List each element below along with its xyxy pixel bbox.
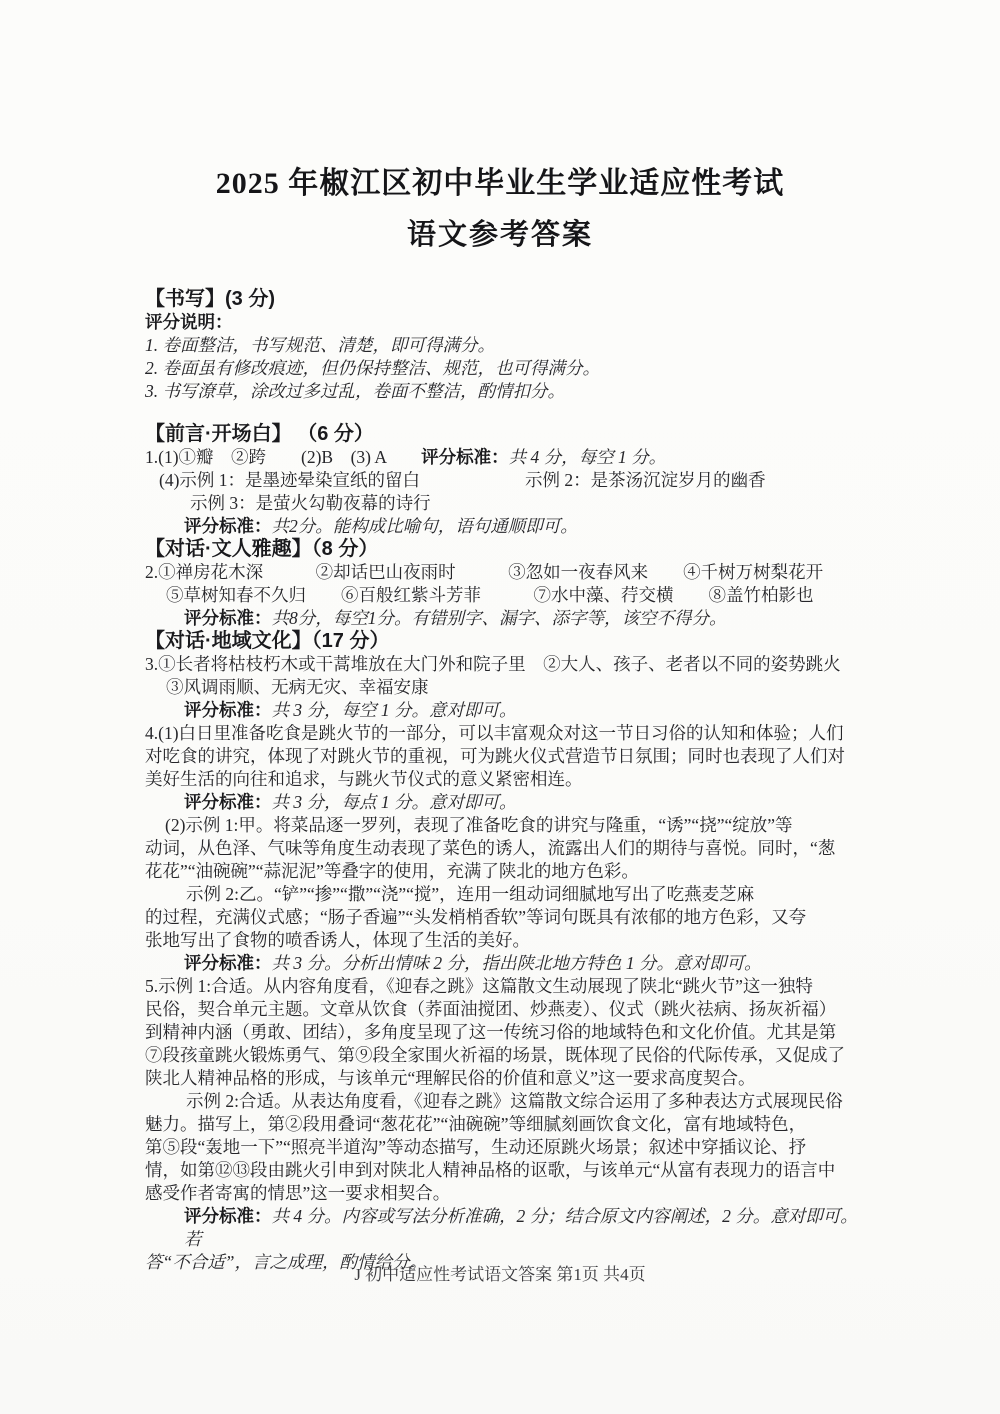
section-heading-wenrenyaqu: 【对话·文人雅趣】（8 分）: [145, 538, 861, 561]
text-segment: 到精神内涵（勇敢、团结），多角度呈现了这一传统习俗的地域特色和文化价值。尤其是第: [145, 1022, 836, 1042]
exam-answer-sheet-page: 2025 年椒江区初中毕业生学业适应性考试 语文参考答案 【书写】(3 分)评分…: [0, 0, 1000, 1414]
title-block: 2025 年椒江区初中毕业生学业适应性考试 语文参考答案: [0, 0, 1000, 253]
text-segment: 1.(1)①瓣 ②跨 (2)B (3) A: [145, 447, 421, 467]
text-segment: 示例 3：是萤火勾勒夜幕的诗行: [190, 493, 431, 513]
bold-label: 评分标准：: [184, 792, 272, 812]
text-line: 示例 3：是萤火勾勒夜幕的诗行: [145, 492, 861, 515]
text-segment: 第⑤段“轰地一下”“照亮半道沟”等动态描写，生动还原跳火场景；叙述中穿插议论、抒: [145, 1137, 806, 1157]
text-segment: 感受作者寄寓的情思”这一要求相契合。: [145, 1183, 450, 1203]
text-segment: (2)示例 1:甲。将菜品逐一罗列，表现了准备吃食的讲究与隆重，“诱”“挠”“绽…: [165, 815, 793, 835]
score-note-line: 评分标准：共 3 分，每点 1 分。意对即可。: [145, 791, 861, 814]
text-line: 4.(1)白日里准备吃食是跳火节的一部分，可以丰富观众对这一节日习俗的认知和体验…: [145, 722, 861, 745]
text-segment: 1. 卷面整洁，书写规范、清楚，即可得满分。: [145, 335, 495, 355]
text-segment: ⑦段孩童跳火锻炼勇气、第⑨段全家围火祈福的场景，既体现了民俗的代际传承，又促成了: [145, 1045, 845, 1065]
text-line: 3.①长者将枯枝朽木或干蒿堆放在大门外和院子里 ②大人、孩子、老者以不同的姿势跳…: [145, 653, 861, 676]
text-segment: 共8分，每空1分。有错别字、漏字、添字等，该空不得分。: [272, 608, 727, 628]
text-line: ③风调雨顺、无病无灾、幸福安康: [145, 676, 861, 699]
text-segment: 共 3 分，每点 1 分。意对即可。: [272, 792, 517, 812]
text-line: 的过程，充满仪式感；“肠子香遍”“头发梢梢香软”等词句既具有浓郁的地方色彩，又夸: [145, 906, 861, 929]
bold-label: 评分标准：: [421, 447, 509, 467]
bold-label: 评分标准：: [184, 608, 272, 628]
text-line: ⑤草树知春不久归 ⑥百般红紫斗芳菲 ⑦水中藻、荇交横 ⑧盖竹柏影也: [145, 584, 861, 607]
score-note-line: 评分标准：共 4 分。内容或写法分析准确，2 分；结合原文内容阐述，2 分。意对…: [145, 1205, 861, 1251]
text-segment: 动词，从色泽、气味等角度生动表现了菜色的诱人，流露出人们的期待与喜悦。同时，“葱: [145, 838, 835, 858]
text-segment: 2. 卷面虽有修改痕迹，但仍保持整洁、规范，也可得满分。: [145, 358, 600, 378]
answer-key-subtitle: 语文参考答案: [0, 218, 1000, 253]
text-segment: 情，如第⑫⑬段由跳火引申到对陕北人精神品格的讴歌，与该单元“从富有表现力的语言中: [145, 1160, 835, 1180]
score-note-title: 评分说明：: [145, 311, 861, 334]
text-segment: 美好生活的向往和追求，与跳火节仪式的意义紧密相连。: [145, 769, 583, 789]
text-segment: 魅力。描写上，第②段用叠词“葱花花”“油碗碗”等细腻刻画饮食文化，富有地域特色，: [145, 1114, 806, 1134]
section-heading-shuxie: 【书写】(3 分): [145, 288, 861, 311]
text-segment: 共 4 分，每空 1 分。: [509, 447, 667, 467]
text-segment: 对吃食的讲究，体现了对跳火节的重视，可为跳火仪式营造节日氛围；同时也表现了人们对: [145, 746, 845, 766]
text-segment: 示例 2:合适。从表达角度看，《迎春之跳》这篇散文综合运用了多种表达方式展现民俗: [186, 1091, 843, 1111]
text-line: 示例 2:乙。“铲”“掺”“撒”“浇”“搅”，连用一组动词细腻地写出了吃燕麦芝麻: [145, 883, 861, 906]
page-footer: J 初中适应性考试语文答案 第1页 共4页: [0, 1260, 1000, 1285]
text-line: 魅力。描写上，第②段用叠词“葱花花”“油碗碗”等细腻刻画饮食文化，富有地域特色，: [145, 1113, 861, 1136]
text-line: 陕北人精神品格的形成，与该单元“理解民俗的价值和意义”这一要求高度契合。: [145, 1067, 861, 1090]
score-note-line: 评分标准：共 3 分，每空 1 分。意对即可。: [145, 699, 861, 722]
text-segment: ③风调雨顺、无病无灾、幸福安康: [166, 677, 429, 697]
bold-label: 评分标准：: [184, 1206, 272, 1226]
text-segment: 示例 2:乙。“铲”“掺”“撒”“浇”“搅”，连用一组动词细腻地写出了吃燕麦芝麻: [186, 884, 754, 904]
text-line: 2. 卷面虽有修改痕迹，但仍保持整洁、规范，也可得满分。: [145, 357, 861, 380]
text-segment: 陕北人精神品格的形成，与该单元“理解民俗的价值和意义”这一要求高度契合。: [145, 1068, 756, 1088]
document-body: 【书写】(3 分)评分说明：1. 卷面整洁，书写规范、清楚，即可得满分。2. 卷…: [145, 288, 861, 1274]
text-segment: 4.(1)白日里准备吃食是跳火节的一部分，可以丰富观众对这一节日习俗的认知和体验…: [145, 723, 844, 743]
text-line: (2)示例 1:甲。将菜品逐一罗列，表现了准备吃食的讲究与隆重，“诱”“挠”“绽…: [145, 814, 861, 837]
text-line: 5.示例 1:合适。从内容角度看，《迎春之跳》这篇散文生动展现了陕北“跳火节”这…: [145, 975, 861, 998]
bold-label: 【书写】(3 分): [145, 288, 275, 310]
text-line: 3. 书写潦草，涂改过多过乱，卷面不整洁，酌情扣分。: [145, 380, 861, 403]
text-segment: 3. 书写潦草，涂改过多过乱，卷面不整洁，酌情扣分。: [145, 381, 565, 401]
text-line: 民俗，契合单元主题。文章从饮食（荞面油搅团、炒燕麦）、仪式（跳火祛病、扬灰祈福）: [145, 998, 861, 1021]
text-line: 1.(1)①瓣 ②跨 (2)B (3) A 评分标准：共 4 分，每空 1 分。: [145, 446, 861, 469]
text-segment: 张地写出了食物的喷香诱人，体现了生活的美好。: [145, 930, 530, 950]
score-note-line: 评分标准：共8分，每空1分。有错别字、漏字、添字等，该空不得分。: [145, 607, 861, 630]
text-segment: ⑤草树知春不久归 ⑥百般红紫斗芳菲 ⑦水中藻、荇交横 ⑧盖竹柏影也: [166, 585, 814, 605]
text-segment: 民俗，契合单元主题。文章从饮食（荞面油搅团、炒燕麦）、仪式（跳火祛病、扬灰祈福）: [145, 999, 836, 1019]
exam-title: 2025 年椒江区初中毕业生学业适应性考试: [0, 0, 1000, 202]
text-line: ⑦段孩童跳火锻炼勇气、第⑨段全家围火祈福的场景，既体现了民俗的代际传承，又促成了: [145, 1044, 861, 1067]
text-line: 2.①禅房花木深 ②却话巴山夜雨时 ③忽如一夜春风来 ④千树万树梨花开: [145, 561, 861, 584]
text-line: 第⑤段“轰地一下”“照亮半道沟”等动态描写，生动还原跳火场景；叙述中穿插议论、抒: [145, 1136, 861, 1159]
bold-label: 评分标准：: [184, 700, 272, 720]
bold-label: 【对话·地域文化】（17 分）: [145, 630, 389, 652]
text-segment: 2.①禅房花木深 ②却话巴山夜雨时 ③忽如一夜春风来 ④千树万树梨花开: [145, 562, 823, 582]
text-line: 美好生活的向往和追求，与跳火节仪式的意义紧密相连。: [145, 768, 861, 791]
text-segment: 花花”“油碗碗”“蒜泥泥”等叠字的使用，充满了陕北的地方色彩。: [145, 861, 639, 881]
bold-label: 评分标准：: [184, 953, 272, 973]
section-heading-diyuwenhua: 【对话·地域文化】（17 分）: [145, 630, 861, 653]
bold-label: 【前言·开场白】 （6 分）: [145, 423, 374, 445]
text-line: 示例 2:合适。从表达角度看，《迎春之跳》这篇散文综合运用了多种表达方式展现民俗: [145, 1090, 861, 1113]
text-segment: 共 3 分。分析出情味 2 分，指出陕北地方特色 1 分。意对即可。: [272, 953, 762, 973]
text-segment: 5.示例 1:合适。从内容角度看，《迎春之跳》这篇散文生动展现了陕北“跳火节”这…: [145, 976, 813, 996]
text-line: 情，如第⑫⑬段由跳火引申到对陕北人精神品格的讴歌，与该单元“从富有表现力的语言中: [145, 1159, 861, 1182]
text-segment: 的过程，充满仪式感；“肠子香遍”“头发梢梢香软”等词句既具有浓郁的地方色彩，又夸: [145, 907, 806, 927]
text-line: 花花”“油碗碗”“蒜泥泥”等叠字的使用，充满了陕北的地方色彩。: [145, 860, 861, 883]
text-segment: 共 3 分，每空 1 分。意对即可。: [272, 700, 517, 720]
text-segment: (4)示例 1：是墨迹晕染宣纸的留白 示例 2：是茶汤沉淀岁月的幽香: [159, 470, 766, 490]
bold-label: 【对话·文人雅趣】（8 分）: [145, 538, 378, 560]
text-segment: 共2分。能构成比喻句，语句通顺即可。: [272, 516, 578, 536]
text-line: 感受作者寄寓的情思”这一要求相契合。: [145, 1182, 861, 1205]
text-line: 张地写出了食物的喷香诱人，体现了生活的美好。: [145, 929, 861, 952]
score-note-line: 评分标准：共 3 分。分析出情味 2 分，指出陕北地方特色 1 分。意对即可。: [145, 952, 861, 975]
text-segment: 3.①长者将枯枝朽木或干蒿堆放在大门外和院子里 ②大人、孩子、老者以不同的姿势跳…: [145, 654, 841, 674]
bold-label: 评分说明：: [145, 312, 233, 332]
score-note-line: 评分标准：共2分。能构成比喻句，语句通顺即可。: [145, 515, 861, 538]
text-line: 到精神内涵（勇敢、团结），多角度呈现了这一传统习俗的地域特色和文化价值。尤其是第: [145, 1021, 861, 1044]
text-line: (4)示例 1：是墨迹晕染宣纸的留白 示例 2：是茶汤沉淀岁月的幽香: [145, 469, 861, 492]
section-heading-qianyan: 【前言·开场白】 （6 分）: [145, 423, 861, 446]
text-line: 动词，从色泽、气味等角度生动表现了菜色的诱人，流露出人们的期待与喜悦。同时，“葱: [145, 837, 861, 860]
text-segment: 共 4 分。内容或写法分析准确，2 分；结合原文内容阐述，2 分。意对即可。若: [184, 1206, 858, 1249]
text-line: 1. 卷面整洁，书写规范、清楚，即可得满分。: [145, 334, 861, 357]
text-line: 对吃食的讲究，体现了对跳火节的重视，可为跳火仪式营造节日氛围；同时也表现了人们对: [145, 745, 861, 768]
bold-label: 评分标准：: [184, 516, 272, 536]
